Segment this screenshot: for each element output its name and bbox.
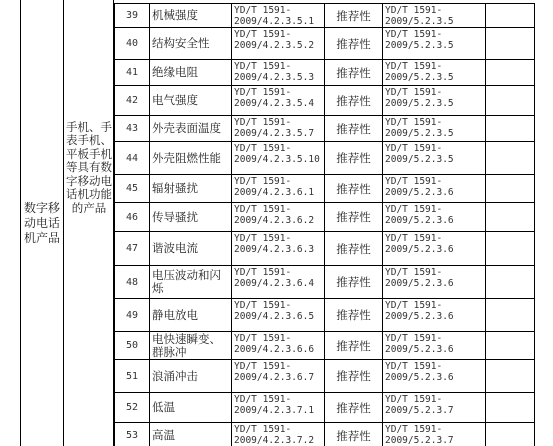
row-number: 50: [115, 332, 150, 360]
row-number: 51: [115, 360, 150, 393]
remark-cell: [486, 423, 535, 446]
remark-cell: [486, 299, 535, 332]
requirement-standard: YD/T 1591-2009/4.2.3.6.4: [232, 266, 325, 299]
standards-table: 39机械强度YD/T 1591-2009/4.2.3.5.1推荐性YD/T 15…: [114, 3, 535, 446]
remark-cell: [486, 332, 535, 360]
table-row: 42电气强度YD/T 1591-2009/4.2.3.5.4推荐性YD/T 15…: [115, 86, 535, 116]
table-row: 51浪涌冲击YD/T 1591-2009/4.2.3.6.7推荐性YD/T 15…: [115, 360, 535, 393]
table-row: 46传导骚扰YD/T 1591-2009/4.2.3.6.2推荐性YD/T 15…: [115, 203, 535, 232]
standard-type: 推荐性: [325, 203, 383, 232]
product-subcategory-cell: 手机、手表手机、平板手机等具有数字移动电话机功能的产品: [64, 0, 114, 446]
test-method-standard: YD/T 1591-2009/5.2.3.6: [383, 175, 486, 203]
test-method-standard: YD/T 1591-2009/5.2.3.6: [383, 332, 486, 360]
standard-type: 推荐性: [325, 332, 383, 360]
requirement-standard: YD/T 1591-2009/4.2.3.5.10: [232, 142, 325, 175]
product-category-cell: 数字移动电话机产品: [21, 0, 63, 446]
test-method-standard: YD/T 1591-2009/5.2.3.5: [383, 142, 486, 175]
standard-type: 推荐性: [325, 360, 383, 393]
table-row: 50电快速瞬变、群脉冲YD/T 1591-2009/4.2.3.6.6推荐性YD…: [115, 332, 535, 360]
row-number: 48: [115, 266, 150, 299]
requirement-standard: YD/T 1591-2009/4.2.3.6.2: [232, 203, 325, 232]
table-row: 53高温YD/T 1591-2009/4.2.3.7.2推荐性YD/T 1591…: [115, 423, 535, 446]
requirement-standard: YD/T 1591-2009/4.2.3.5.4: [232, 86, 325, 116]
row-number: 43: [115, 116, 150, 142]
requirement-standard: YD/T 1591-2009/4.2.3.7.1: [232, 393, 325, 423]
table-row: 52低温YD/T 1591-2009/4.2.3.7.1推荐性YD/T 1591…: [115, 393, 535, 423]
product-subcategory: 手机、手表手机、平板手机等具有数字移动电话机功能的产品: [64, 121, 114, 216]
test-method-standard: YD/T 1591-2009/5.2.3.6: [383, 203, 486, 232]
row-number: 46: [115, 203, 150, 232]
table-row: 47谐波电流YD/T 1591-2009/4.2.3.6.3推荐性YD/T 15…: [115, 232, 535, 266]
requirement-standard: YD/T 1591-2009/4.2.3.6.1: [232, 175, 325, 203]
test-item: 机械强度: [150, 4, 232, 28]
test-method-standard: YD/T 1591-2009/5.2.3.6: [383, 360, 486, 393]
requirement-standard: YD/T 1591-2009/4.2.3.6.7: [232, 360, 325, 393]
remark-cell: [486, 393, 535, 423]
row-number: 44: [115, 142, 150, 175]
standard-type: 推荐性: [325, 266, 383, 299]
table-row: 44外壳阻燃性能YD/T 1591-2009/4.2.3.5.10推荐性YD/T…: [115, 142, 535, 175]
standard-type: 推荐性: [325, 86, 383, 116]
test-method-standard: YD/T 1591-2009/5.2.3.7: [383, 423, 486, 446]
test-item: 外壳表面温度: [150, 116, 232, 142]
table-row: 43外壳表面温度YD/T 1591-2009/4.2.3.5.7推荐性YD/T …: [115, 116, 535, 142]
requirement-standard: YD/T 1591-2009/4.2.3.6.6: [232, 332, 325, 360]
requirement-standard: YD/T 1591-2009/4.2.3.7.2: [232, 423, 325, 446]
table-row: 48电压波动和闪烁YD/T 1591-2009/4.2.3.6.4推荐性YD/T…: [115, 266, 535, 299]
test-method-standard: YD/T 1591-2009/5.2.3.5: [383, 86, 486, 116]
remark-cell: [486, 266, 535, 299]
remark-cell: [486, 232, 535, 266]
test-item: 结构安全性: [150, 28, 232, 60]
row-number: 40: [115, 28, 150, 60]
test-method-standard: YD/T 1591-2009/5.2.3.5: [383, 4, 486, 28]
standard-type: 推荐性: [325, 299, 383, 332]
test-item: 辐射骚扰: [150, 175, 232, 203]
test-method-standard: YD/T 1591-2009/5.2.3.7: [383, 393, 486, 423]
row-number: 53: [115, 423, 150, 446]
test-method-standard: YD/T 1591-2009/5.2.3.5: [383, 28, 486, 60]
test-item: 传导骚扰: [150, 203, 232, 232]
test-item: 低温: [150, 393, 232, 423]
remark-cell: [486, 60, 535, 86]
remark-cell: [486, 142, 535, 175]
requirement-standard: YD/T 1591-2009/4.2.3.5.2: [232, 28, 325, 60]
test-item: 谐波电流: [150, 232, 232, 266]
remark-cell: [486, 28, 535, 60]
test-item: 浪涌冲击: [150, 360, 232, 393]
requirement-standard: YD/T 1591-2009/4.2.3.6.3: [232, 232, 325, 266]
standard-type: 推荐性: [325, 60, 383, 86]
test-method-standard: YD/T 1591-2009/5.2.3.6: [383, 232, 486, 266]
standard-type: 推荐性: [325, 175, 383, 203]
test-method-standard: YD/T 1591-2009/5.2.3.5: [383, 116, 486, 142]
table-row: 41绝缘电阻YD/T 1591-2009/4.2.3.5.3推荐性YD/T 15…: [115, 60, 535, 86]
row-number: 39: [115, 4, 150, 28]
table-row: 49静电放电YD/T 1591-2009/4.2.3.6.5推荐性YD/T 15…: [115, 299, 535, 332]
standards-table-region: 数字移动电话机产品 手机、手表手机、平板手机等具有数字移动电话机功能的产品 39…: [0, 0, 553, 446]
test-item: 静电放电: [150, 299, 232, 332]
remark-cell: [486, 360, 535, 393]
requirement-standard: YD/T 1591-2009/4.2.3.5.1: [232, 4, 325, 28]
standard-type: 推荐性: [325, 142, 383, 175]
table-row: 39机械强度YD/T 1591-2009/4.2.3.5.1推荐性YD/T 15…: [115, 4, 535, 28]
standard-type: 推荐性: [325, 393, 383, 423]
remark-cell: [486, 4, 535, 28]
requirement-standard: YD/T 1591-2009/4.2.3.6.5: [232, 299, 325, 332]
row-number: 41: [115, 60, 150, 86]
row-number: 49: [115, 299, 150, 332]
remark-cell: [486, 203, 535, 232]
standard-type: 推荐性: [325, 423, 383, 446]
requirement-standard: YD/T 1591-2009/4.2.3.5.3: [232, 60, 325, 86]
remark-cell: [486, 116, 535, 142]
row-number: 45: [115, 175, 150, 203]
product-category: 数字移动电话机产品: [22, 201, 62, 246]
test-method-standard: YD/T 1591-2009/5.2.3.6: [383, 299, 486, 332]
standard-type: 推荐性: [325, 116, 383, 142]
test-method-standard: YD/T 1591-2009/5.2.3.5: [383, 60, 486, 86]
test-item: 外壳阻燃性能: [150, 142, 232, 175]
remark-cell: [486, 175, 535, 203]
standard-type: 推荐性: [325, 232, 383, 266]
row-number: 47: [115, 232, 150, 266]
test-item: 电气强度: [150, 86, 232, 116]
standard-type: 推荐性: [325, 4, 383, 28]
row-number: 52: [115, 393, 150, 423]
test-method-standard: YD/T 1591-2009/5.2.3.6: [383, 266, 486, 299]
row-number: 42: [115, 86, 150, 116]
table-row: 45辐射骚扰YD/T 1591-2009/4.2.3.6.1推荐性YD/T 15…: [115, 175, 535, 203]
test-item: 电快速瞬变、群脉冲: [150, 332, 232, 360]
test-item: 高温: [150, 423, 232, 446]
remark-cell: [486, 86, 535, 116]
requirement-standard: YD/T 1591-2009/4.2.3.5.7: [232, 116, 325, 142]
test-item: 绝缘电阻: [150, 60, 232, 86]
table-row: 40结构安全性YD/T 1591-2009/4.2.3.5.2推荐性YD/T 1…: [115, 28, 535, 60]
test-item: 电压波动和闪烁: [150, 266, 232, 299]
standard-type: 推荐性: [325, 28, 383, 60]
